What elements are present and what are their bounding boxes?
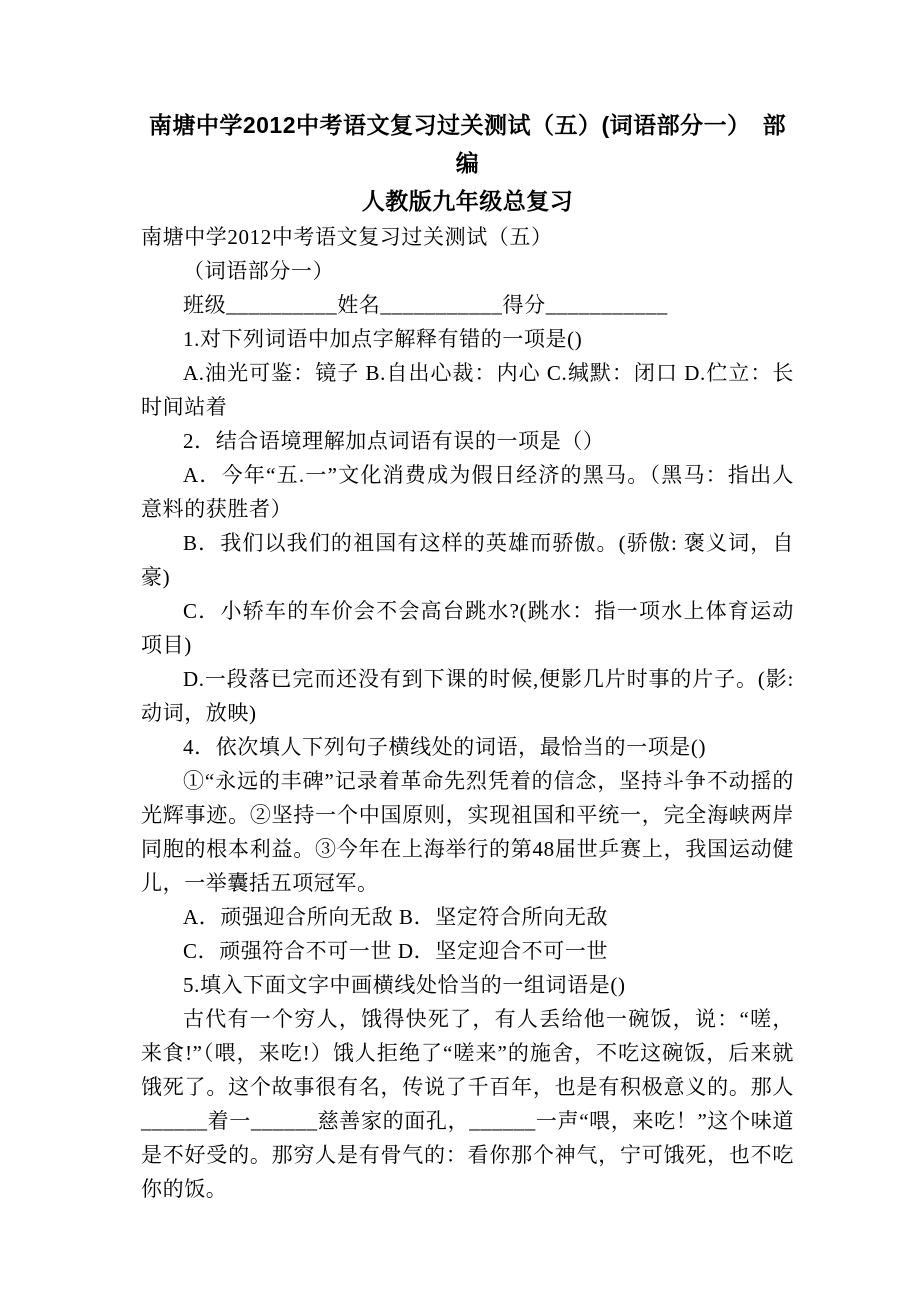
paragraph: A．今年“五.一”文化消费成为假日经济的黑马。（黑马：指出人意料的获胜者） [141, 458, 794, 526]
paragraph: （词语部分一） [141, 254, 794, 288]
document-body: 南塘中学2012中考语文复习过关测试（五）（词语部分一）班级__________… [141, 220, 794, 1206]
title-line-1: 南塘中学2012中考语文复习过关测试（五）(词语部分一） 部编 [141, 106, 794, 182]
paragraph: B．我们以我们的祖国有这样的英雄而骄傲。(骄傲: 褒义词，自豪) [141, 526, 794, 594]
paragraph: A．顽强迎合所向无敌 B．坚定符合所向无敌 [141, 900, 794, 934]
paragraph: 4．依次填人下列句子横线处的词语，最恰当的一项是() [141, 730, 794, 764]
paragraph: 南塘中学2012中考语文复习过关测试（五） [141, 220, 794, 254]
paragraph: A.油光可鉴：镜子 B.自出心裁：内心 C.缄默：闭口 D.伫立：长时间站着 [141, 356, 794, 424]
paragraph: 古代有一个穷人，饿得快死了，有人丢给他一碗饭，说：“嗟，来食!”（喂，来吃!）饿… [141, 1002, 794, 1206]
paragraph: 5.填入下面文字中画横线处恰当的一组词语是() [141, 968, 794, 1002]
document-title: 南塘中学2012中考语文复习过关测试（五）(词语部分一） 部编 人教版九年级总复… [141, 106, 794, 220]
paragraph: 2．结合语境理解加点词语有误的一项是（） [141, 424, 794, 458]
paragraph: C．小轿车的车价会不会高台跳水?(跳水：指一项水上体育运动项目) [141, 594, 794, 662]
paragraph: D.一段落已完而还没有到下课的时候,便影几片时事的片子。(影:动词，放映) [141, 662, 794, 730]
paragraph: 班级__________姓名___________得分___________ [141, 288, 794, 322]
paragraph: ①“永远的丰碑”记录着革命先烈凭着的信念，坚持斗争不动摇的光辉事迹。②坚持一个中… [141, 764, 794, 900]
paragraph: 1.对下列词语中加点字解释有错的一项是() [141, 322, 794, 356]
title-line-2: 人教版九年级总复习 [141, 182, 794, 220]
paragraph: C．顽强符合不可一世 D．坚定迎合不可一世 [141, 934, 794, 968]
document-page: 南塘中学2012中考语文复习过关测试（五）(词语部分一） 部编 人教版九年级总复… [0, 0, 920, 1302]
